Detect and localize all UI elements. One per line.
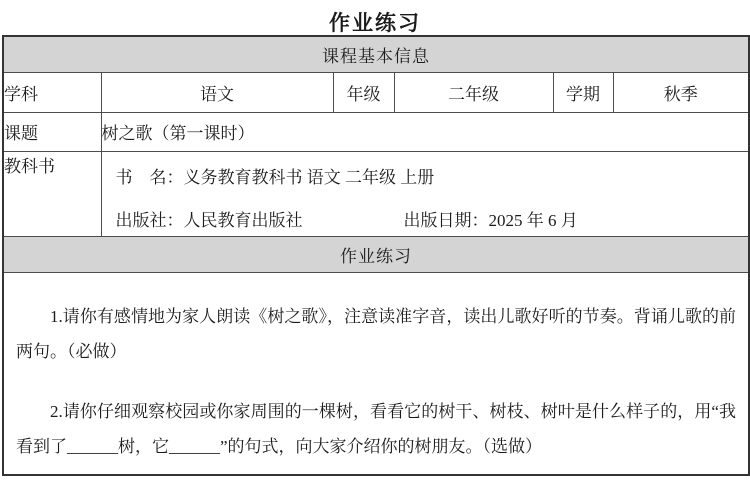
- exercise-list: 1.请你有感情地为家人朗读《树之歌》，注意读准字音，读出儿歌好听的节奏。背诵儿歌…: [4, 273, 748, 464]
- homework-header-row: 作业练习: [3, 236, 749, 272]
- grade-value: 二年级: [394, 72, 553, 112]
- course-info-section-header: 课程基本信息: [3, 36, 749, 72]
- textbook-details-cell: 书 名：义务教育教科书 语文 二年级 上册 出版社：人民教育出版社出版日期：20…: [101, 151, 749, 236]
- subject-label: 学科: [3, 72, 101, 112]
- publish-date-value: 出版日期：2025 年 6 月: [404, 211, 578, 230]
- homework-content-row: 1.请你有感情地为家人朗读《树之歌》，注意读准字音，读出儿歌好听的节奏。背诵儿歌…: [3, 272, 749, 475]
- book-name-line: 书 名：义务教育教科书 语文 二年级 上册: [116, 166, 749, 190]
- subject-value: 语文: [101, 72, 333, 112]
- textbook-label: 教科书: [3, 151, 101, 236]
- topic-label: 课题: [3, 112, 101, 151]
- topic-row: 课题 树之歌（第一课时）: [3, 112, 749, 151]
- page-title: 作业练习: [0, 0, 750, 35]
- exercise-item-1: 1.请你有感情地为家人朗读《树之歌》，注意读准字音，读出儿歌好听的节奏。背诵儿歌…: [16, 299, 736, 369]
- homework-sheet-table: 课程基本信息 学科 语文 年级 二年级 学期 秋季 课题 树之歌（第一课时） 教…: [2, 35, 750, 476]
- homework-content-cell: 1.请你有感情地为家人朗读《树之歌》，注意读准字音，读出儿歌好听的节奏。背诵儿歌…: [3, 272, 749, 475]
- grade-label: 年级: [333, 72, 394, 112]
- topic-value: 树之歌（第一课时）: [101, 112, 749, 151]
- course-info-header-row: 课程基本信息: [3, 36, 749, 72]
- semester-label: 学期: [553, 72, 613, 112]
- homework-section-header: 作业练习: [3, 236, 749, 272]
- exercise-item-2: 2.请你仔细观察校园或你家周围的一棵树，看看它的树干、树枝、树叶是什么样子的，用…: [16, 394, 736, 464]
- publisher-line: 出版社：人民教育出版社出版日期：2025 年 6 月: [116, 209, 749, 233]
- publisher-value: 出版社：人民教育出版社: [116, 209, 404, 233]
- semester-value: 秋季: [613, 72, 749, 112]
- textbook-row: 教科书 书 名：义务教育教科书 语文 二年级 上册 出版社：人民教育出版社出版日…: [3, 151, 749, 236]
- subject-grade-semester-row: 学科 语文 年级 二年级 学期 秋季: [3, 72, 749, 112]
